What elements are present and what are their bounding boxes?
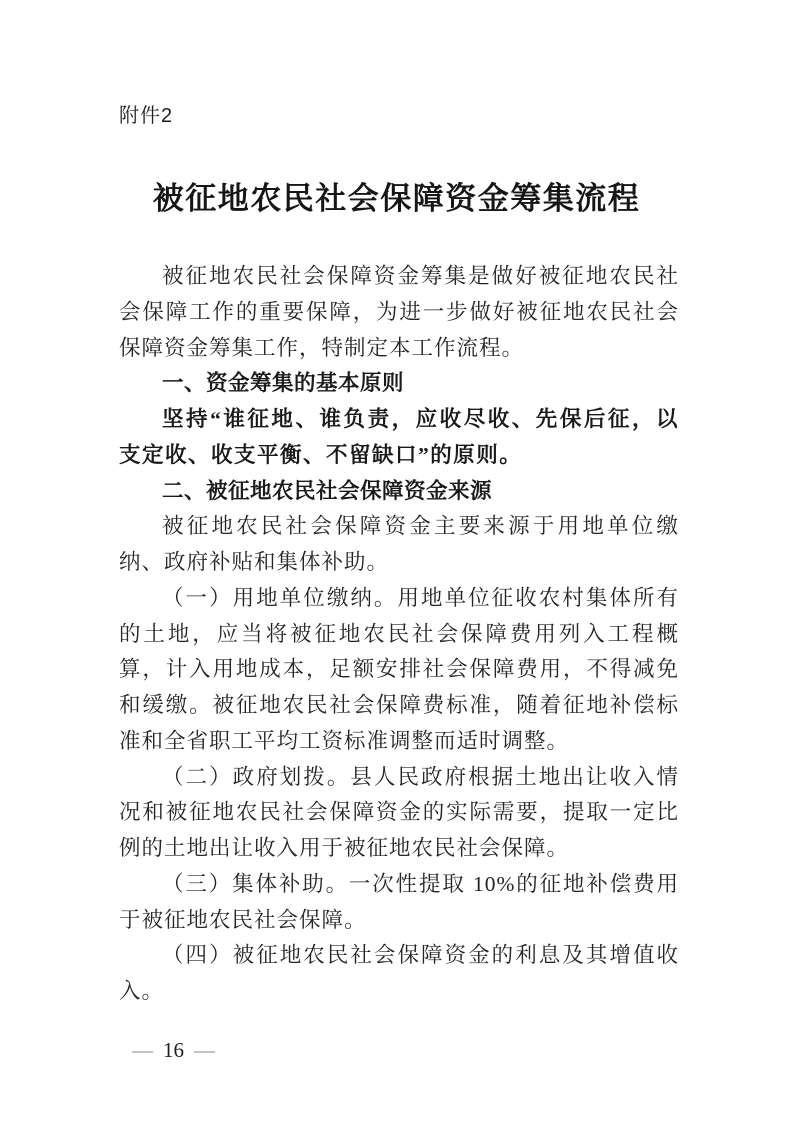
section-heading-2: 二、被征地农民社会保障资金来源: [119, 474, 679, 510]
page-number: 16: [159, 1038, 188, 1062]
footer-dash-right: —: [188, 1038, 221, 1062]
document-page: 附件2 被征地农民社会保障资金筹集流程 被征地农民社会保障资金筹集是做好被征地农…: [0, 0, 793, 1121]
attachment-label: 附件2: [119, 99, 173, 128]
page-title: 被征地农民社会保障资金筹集流程: [0, 173, 793, 218]
paragraph-item-4: （四）被征地农民社会保障资金的利息及其增值收入。: [119, 938, 679, 1010]
document-body: 被征地农民社会保障资金筹集是做好被征地农民社会保障工作的重要保障，为进一步做好被…: [119, 259, 679, 1010]
paragraph-item-1: （一）用地单位缴纳。用地单位征收农村集体所有的土地，应当将被征地农民社会保障费用…: [119, 581, 679, 760]
paragraph-principle: 坚持“谁征地、谁负责，应收尽收、先保后征，以支定收、收支平衡、不留缺口”的原则。: [119, 402, 679, 474]
paragraph-intro: 被征地农民社会保障资金筹集是做好被征地农民社会保障工作的重要保障，为进一步做好被…: [119, 259, 679, 366]
paragraph-item-3: （三）集体补助。一次性提取 10%的征地补偿费用于被征地农民社会保障。: [119, 867, 679, 939]
paragraph-item-2: （二）政府划拨。县人民政府根据土地出让收入情况和被征地农民社会保障资金的实际需要…: [119, 760, 679, 867]
page-footer: —16—: [126, 1038, 221, 1063]
paragraph-sources-overview: 被征地农民社会保障资金主要来源于用地单位缴纳、政府补贴和集体补助。: [119, 509, 679, 581]
section-heading-1: 一、资金筹集的基本原则: [119, 366, 679, 402]
footer-dash-left: —: [126, 1038, 159, 1062]
